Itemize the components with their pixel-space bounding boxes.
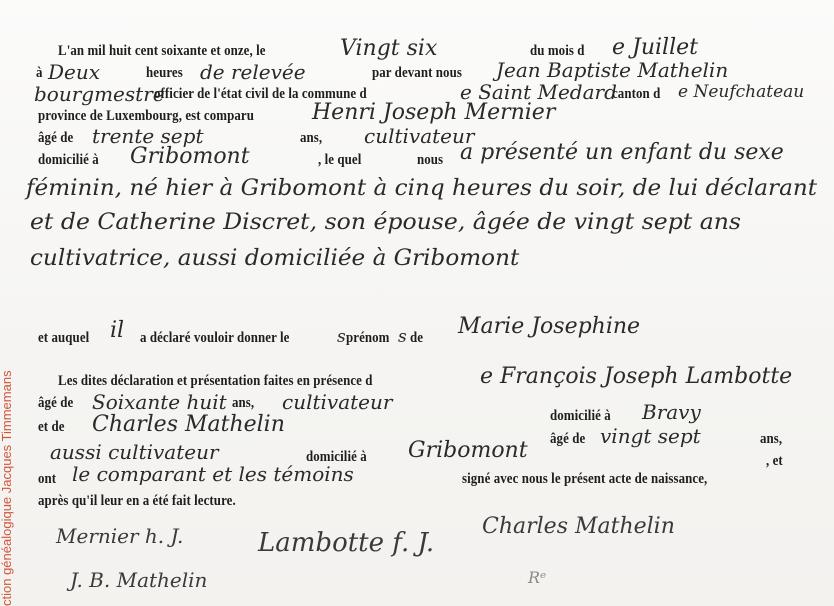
mother-occupation-residence: cultivatrice, aussi domiciliée à Gribomo…: [30, 246, 519, 271]
printed-text: , et: [766, 453, 783, 470]
witness2-residence-field: Gribomont: [408, 438, 528, 463]
printed-text: , le quel: [318, 152, 361, 169]
printed-text: à: [36, 65, 43, 82]
witness1-residence-field: Bravy: [642, 400, 701, 424]
declarant-residence-field: Gribomont: [130, 144, 250, 169]
printed-text: de: [410, 330, 423, 347]
printed-text: L'an mil huit cent soixante et onze, le: [58, 43, 266, 60]
printed-text: province de Luxembourg, est comparu: [38, 108, 254, 125]
printed-text: domicilié à: [550, 408, 611, 425]
officer-name-field: Jean Baptiste Mathelin: [496, 58, 728, 82]
mother-details: et de Catherine Discret, son épouse, âgé…: [30, 210, 741, 235]
watermark-text: ction généalogique Jacques Timmemans: [0, 370, 14, 606]
printed-text: âgé de: [550, 431, 585, 448]
margin-mark: Rᵉ: [528, 568, 546, 587]
printed-text: et de: [38, 419, 65, 436]
child-presentation-field: a présenté un enfant du sexe: [460, 140, 784, 165]
printed-text: canton d: [612, 86, 660, 103]
signature-officer: J. B. Mathelin: [70, 568, 207, 592]
printed-text: après qu'il leur en a été fait lecture.: [38, 493, 236, 510]
plural-s: s: [337, 327, 346, 347]
officer-title-field: bourgmestre: [34, 82, 165, 106]
watermark: ction généalogique Jacques Timmemans: [0, 330, 18, 606]
plural-s: s: [398, 327, 407, 347]
printed-text: Les dites déclaration et présentation fa…: [58, 373, 373, 390]
child-birth-details: féminin, né hier à Gribomont à cinq heur…: [26, 176, 817, 201]
printed-text: par devant nous: [372, 65, 462, 82]
signature-declarant: Mernier h. J.: [56, 524, 183, 548]
printed-text: ans,: [232, 395, 254, 412]
printed-text: prénom: [346, 330, 390, 347]
printed-text: ans,: [760, 431, 782, 448]
signature-witness2: Charles Mathelin: [482, 514, 675, 539]
pronoun-field: il: [110, 318, 124, 343]
hour-field: Deux: [48, 60, 100, 84]
record-line-1: L'an mil huit cent soixante et onze, le: [58, 42, 299, 60]
printed-text: ont: [38, 471, 56, 488]
printed-text: ans,: [300, 130, 322, 147]
time-of-day-field: de relevée: [200, 60, 306, 84]
day-field: Vingt six: [340, 36, 437, 61]
month-field: e Juillet: [612, 35, 698, 60]
printed-text: a déclaré vouloir donner le: [140, 330, 289, 347]
witness2-occupation-field: aussi cultivateur: [50, 440, 219, 464]
signatories-field: le comparant et les témoins: [72, 462, 354, 486]
printed-text: nous: [417, 152, 443, 169]
witness1-name-field: e François Joseph Lambotte: [480, 364, 792, 389]
printed-text: signé avec nous le présent acte de naiss…: [462, 471, 707, 488]
declarant-name-field: Henri Joseph Mernier: [312, 100, 555, 125]
witness1-occupation-field: cultivateur: [282, 390, 392, 414]
printed-text: et auquel: [38, 330, 89, 347]
printed-text: âgé de: [38, 130, 73, 147]
witness1-age-field: Soixante huit: [92, 390, 227, 414]
printed-text: domicilié à: [38, 152, 99, 169]
signature-witness1: Lambotte f. J.: [258, 528, 434, 558]
birth-record-page: ction généalogique Jacques Timmemans L'a…: [0, 0, 834, 606]
child-given-names-field: Marie Josephine: [458, 314, 640, 339]
declarant-occupation-field: cultivateur: [364, 124, 474, 148]
witness2-name-field: Charles Mathelin: [92, 412, 285, 437]
printed-text: heures: [146, 65, 183, 82]
printed-text: âgé de: [38, 395, 73, 412]
canton-field: e Neufchateau: [678, 82, 804, 102]
witness2-age-field: vingt sept: [600, 424, 701, 448]
